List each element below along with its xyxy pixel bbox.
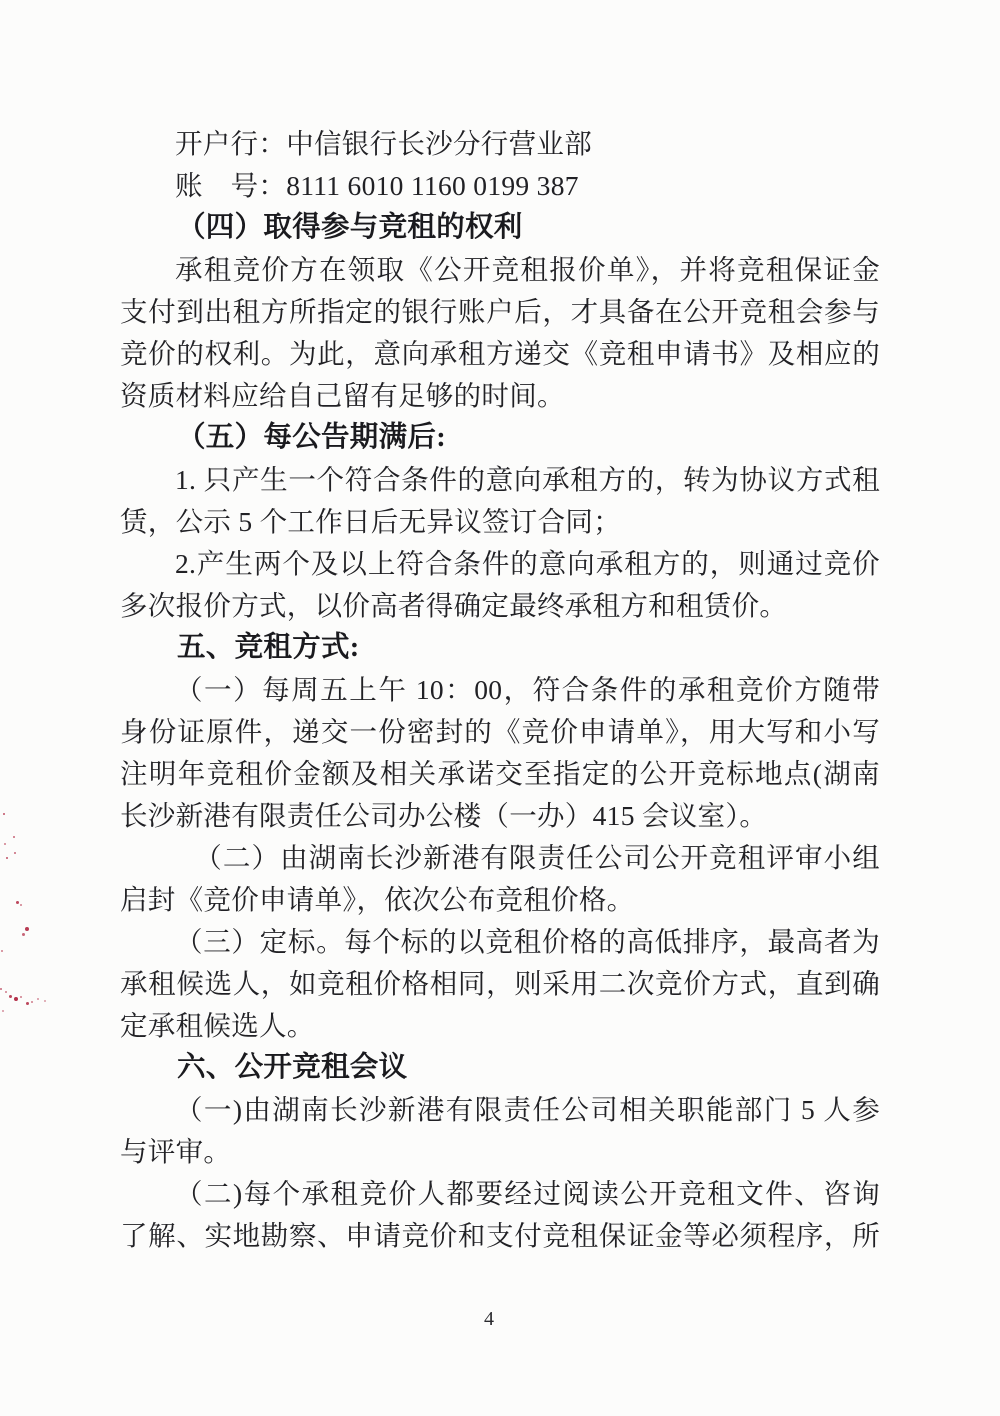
document-line: 赁，公示 5 个工作日后无异议签订合同； bbox=[120, 501, 880, 543]
document-page: 开户行：中信银行长沙分行营业部 账 号：8111 6010 1160 0199 … bbox=[0, 0, 1000, 1416]
ink-speck bbox=[3, 813, 5, 815]
ink-speck bbox=[14, 997, 18, 1001]
ink-speck bbox=[25, 927, 29, 931]
document-line: 启封《竞价申请单》，依次公布竞租价格。 bbox=[120, 879, 880, 921]
ink-speck bbox=[31, 1001, 33, 1003]
page-number: 4 bbox=[0, 1308, 978, 1331]
ink-speck bbox=[0, 988, 2, 990]
document-line: 身份证原件，递交一份密封的《竞价申请单》，用大写和小写 bbox=[120, 711, 880, 753]
ink-speck bbox=[13, 836, 15, 838]
section-heading: （五）每公告期满后: bbox=[120, 417, 880, 459]
ink-speck bbox=[20, 996, 22, 998]
document-line: 开户行：中信银行长沙分行营业部 bbox=[120, 123, 880, 165]
ink-speck bbox=[9, 995, 12, 998]
section-heading: 六、公开竞租会议 bbox=[120, 1047, 880, 1089]
ink-speck bbox=[44, 1000, 46, 1002]
ink-speck bbox=[1, 950, 3, 952]
section-heading: 五、竞租方式: bbox=[120, 627, 880, 669]
document-line: 账 号：8111 6010 1160 0199 387 bbox=[120, 165, 880, 207]
document-line: 了解、实地勘察、申请竞价和支付竞租保证金等必须程序，所 bbox=[120, 1215, 880, 1257]
ink-speck bbox=[16, 901, 19, 904]
document-line: 承租竞价方在领取《公开竞租报价单》，并将竞租保证金 bbox=[120, 249, 880, 291]
ink-speck bbox=[20, 904, 22, 906]
ink-speck bbox=[37, 998, 39, 1000]
document-line: （二）由湖南长沙新港有限责任公司公开竞租评审小组 bbox=[120, 837, 880, 879]
ink-speck bbox=[22, 933, 25, 936]
document-line: 注明年竞租价金额及相关承诺交至指定的公开竞标地点(湖南 bbox=[120, 753, 880, 795]
document-line: 支付到出租方所指定的银行账户后，才具备在公开竞租会参与 bbox=[120, 291, 880, 333]
document-line: 与评审。 bbox=[120, 1131, 880, 1173]
document-body: 开户行：中信银行长沙分行营业部 账 号：8111 6010 1160 0199 … bbox=[120, 123, 880, 1257]
ink-speck bbox=[2, 1010, 4, 1012]
section-heading: （四）取得参与竞租的权利 bbox=[120, 207, 880, 249]
document-line: （一)由湖南长沙新港有限责任公司相关职能部门 5 人参 bbox=[120, 1089, 880, 1131]
document-line: （二)每个承租竞价人都要经过阅读公开竞租文件、咨询 bbox=[120, 1173, 880, 1215]
document-line: 1. 只产生一个符合条件的意向承租方的，转为协议方式租 bbox=[120, 459, 880, 501]
ink-speck bbox=[26, 1002, 29, 1005]
ink-speck bbox=[6, 857, 8, 859]
document-line: （一）每周五上午 10：00，符合条件的承租竞价方随带 bbox=[120, 669, 880, 711]
document-line: 定承租候选人。 bbox=[120, 1005, 880, 1047]
document-line: 2.产生两个及以上符合条件的意向承租方的，则通过竞价 bbox=[120, 543, 880, 585]
document-line: 长沙新港有限责任公司办公楼（一办）415 会议室）。 bbox=[120, 795, 880, 837]
document-line: （三）定标。每个标的以竞租价格的高低排序，最高者为 bbox=[120, 921, 880, 963]
document-line: 承租候选人，如竞租价格相同，则采用二次竞价方式，直到确 bbox=[120, 963, 880, 1005]
document-line: 竞价的权利。为此，意向承租方递交《竞租申请书》及相应的 bbox=[120, 333, 880, 375]
document-line: 资质材料应给自己留有足够的时间。 bbox=[120, 375, 880, 417]
document-line: 多次报价方式，以价高者得确定最终承租方和租赁价。 bbox=[120, 585, 880, 627]
ink-speck bbox=[14, 852, 16, 854]
ink-speck bbox=[5, 991, 7, 993]
ink-speck bbox=[4, 843, 6, 845]
